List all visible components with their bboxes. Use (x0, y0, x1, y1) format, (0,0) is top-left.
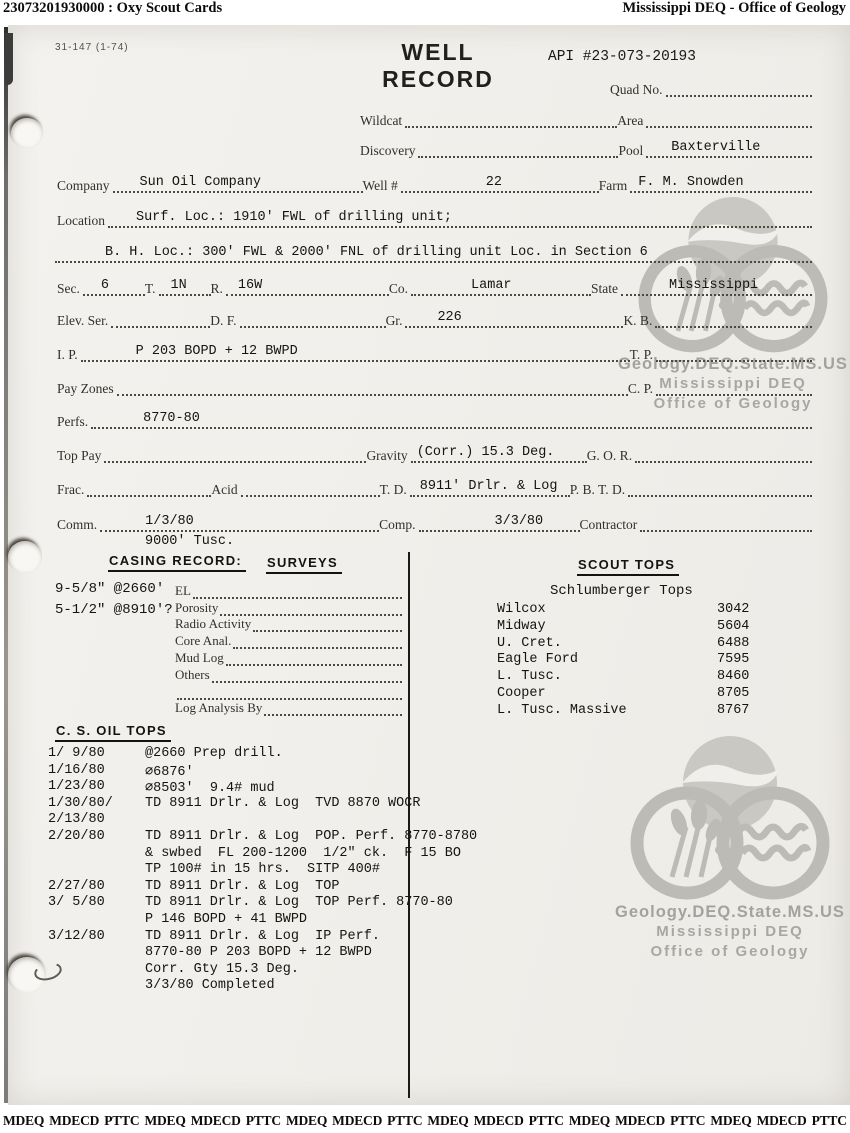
footer-token: PTTC (812, 1113, 847, 1129)
entry-line: TD 8911 Drlr. & Log TVD 8870 WOCR (145, 796, 608, 813)
well-value: 22 (486, 175, 502, 190)
casing-record-heading: CASING RECORD: (108, 553, 246, 572)
header-bar: 23073201930000 : Oxy Scout Cards Mississ… (0, 0, 850, 23)
entry-lines: TD 8911 Drlr. & Log TOP Perf. 8770-80P 1… (145, 895, 608, 928)
survey-label: Log Analysis By (175, 700, 264, 716)
field-ip-tp: I. P. P 203 BOPD + 12 BWPD T. P. (57, 342, 812, 362)
casing-entry: 9-5/8" @2660' (55, 581, 173, 602)
perfs-line: 8770-80 (91, 409, 812, 429)
footer-token: MDECD (615, 1113, 665, 1129)
survey-row (175, 683, 402, 700)
entry-date: 3/ 5/80 (48, 895, 145, 928)
td-label: T. D. (380, 482, 410, 498)
farm-value: F. M. Snowden (638, 175, 743, 190)
df-label: D. F. (210, 313, 239, 329)
scout-tops-heading: SCOUT TOPS (577, 557, 679, 576)
form-number: 31-147 (1-74) (55, 42, 129, 53)
wildcat-line (405, 108, 617, 128)
discovery-label: Discovery (360, 143, 418, 159)
entry-lines: ∅8503' 9.4# mud (145, 779, 608, 796)
survey-line (212, 681, 402, 683)
company-line: Sun Oil Company (113, 173, 363, 193)
hole-punch (11, 118, 43, 148)
oil-top-entry: 1/23/80 ∅8503' 9.4# mud (48, 779, 608, 796)
footer-token: MDECD (757, 1113, 807, 1129)
quad-no-label: Quad No. (610, 82, 666, 98)
oil-tops-heading: C. S. OIL TOPS (55, 723, 171, 742)
cp-label: C. P. (628, 381, 656, 397)
footer-token: MDECD (474, 1113, 524, 1129)
formation-name: U. Cret. (497, 636, 717, 653)
co-line: Lamar (411, 276, 591, 296)
well-line: 22 (401, 173, 599, 193)
bh-location-line: B. H. Loc.: 300' FWL & 2000' FNL of dril… (55, 243, 812, 263)
casing-record-list: 9-5/8" @2660'5-1/2" @8910'? (55, 581, 173, 623)
survey-row: Mud Log (175, 649, 402, 666)
scout-top-row: L. Tusc. 8460 (497, 669, 797, 686)
footer-token: MDECD (191, 1113, 241, 1129)
api-number: API #23-073-20193 (548, 49, 696, 65)
footer-token: PTTC (387, 1113, 422, 1129)
formation-name: Cooper (497, 686, 717, 703)
survey-row: EL (175, 582, 402, 599)
area-line (646, 108, 812, 128)
oil-top-entry: 1/16/80 ∅6876' (48, 763, 608, 780)
field-location: Location Surf. Loc.: 1910' FWL of drilli… (57, 208, 812, 228)
co-label: Co. (389, 281, 411, 297)
survey-line (226, 664, 402, 666)
comp-line: 3/3/80 (419, 512, 580, 532)
gravity-line: (Corr.) 15.3 Deg. (411, 443, 587, 463)
oil-top-entry: 3/ 5/80 TD 8911 Drlr. & Log TOP Perf. 87… (48, 895, 608, 928)
agency-name: Mississippi DEQ - Office of Geology (622, 0, 850, 17)
entry-date: 1/23/80 (48, 779, 145, 796)
entry-line: TP 100# in 15 hrs. SITP 400# (145, 862, 608, 879)
comm-label: Comm. (57, 517, 100, 533)
footer-bar: MDEQMDECDPTTCMDEQMDECDPTTCMDEQMDECDPTTCM… (0, 1109, 850, 1133)
entry-line: P 146 BOPD + 41 BWPD (145, 912, 608, 929)
formation-name: Wilcox (497, 602, 717, 619)
entry-date: 1/ 9/80 (48, 746, 145, 763)
kb-line (655, 308, 812, 328)
gr-line: 226 (405, 308, 623, 328)
pool-line: Baxterville (646, 138, 812, 158)
pbtd-label: P. B. T. D. (570, 482, 628, 498)
survey-label: Porosity (175, 600, 220, 616)
entry-line: & swbed FL 200-1200 1/2" ck. F 15 BO (145, 846, 608, 863)
elev-ser-line (111, 308, 210, 328)
formation-name: Eagle Ford (497, 652, 717, 669)
hole-punch (8, 541, 42, 573)
footer-token: MDEQ (144, 1113, 185, 1129)
entry-lines: TD 8911 Drlr. & Log POP. Perf. 8770-8780… (145, 829, 608, 879)
entry-date: 2/20/80 (48, 829, 145, 879)
document-id: 23073201930000 : Oxy Scout Cards (0, 0, 222, 17)
co-value: Lamar (471, 278, 512, 293)
footer-token: PTTC (670, 1113, 705, 1129)
r-value: 16W (238, 278, 262, 293)
survey-row: Radio Activity (175, 616, 402, 633)
pay-zones-label: Pay Zones (57, 381, 117, 397)
location-value: Surf. Loc.: 1910' FWL of drilling unit; (136, 210, 452, 225)
gravity-label: Gravity (366, 448, 410, 464)
footer-token: MDECD (49, 1113, 99, 1129)
formation-depth: 8705 (717, 686, 749, 703)
perfs-label: Perfs. (57, 414, 91, 430)
watermark-url: Geology.DEQ.State.MS.US (600, 902, 850, 922)
surveys-list: EL Porosity Radio Activity Core Anal. (175, 582, 402, 716)
r-label: R. (211, 281, 226, 297)
location-label: Location (57, 213, 108, 229)
page-title: WELL RECORD (348, 39, 528, 93)
formation-depth: 3042 (717, 602, 749, 619)
scout-top-row: L. Tusc. Massive 8767 (497, 703, 797, 720)
acid-line (241, 477, 380, 497)
farm-line: F. M. Snowden (630, 173, 812, 193)
entry-lines: TD 8911 Drlr. & Log TVD 8870 WOCR (145, 796, 608, 813)
top-pay-label: Top Pay (57, 448, 104, 464)
pool-label: Pool (618, 143, 646, 159)
t-value: 1N (171, 278, 187, 293)
formation-name: L. Tusc. (497, 669, 717, 686)
survey-line (253, 630, 402, 632)
surveys-heading: SURVEYS (266, 555, 342, 574)
entry-date: 2/13/80 (48, 812, 145, 829)
td-line: 8911' Drlr. & Log (410, 477, 570, 497)
comm-value-2: 9000' Tusc. (145, 534, 234, 549)
state-line: Mississippi (621, 276, 812, 296)
well-label: Well # (363, 178, 401, 194)
entry-line: TD 8911 Drlr. & Log TOP Perf. 8770-80 (145, 895, 608, 912)
scout-top-row: Wilcox 3042 (497, 602, 797, 619)
oil-tops-log: 1/ 9/80 @2660 Prep drill. 1/16/80 ∅6876'… (48, 746, 608, 995)
footer-token: PTTC (529, 1113, 564, 1129)
entry-lines: ∅6876' (145, 763, 608, 780)
comp-value: 3/3/80 (495, 514, 544, 529)
watermark-org: Mississippi DEQ (600, 922, 850, 942)
r-line: 16W (226, 276, 389, 296)
t-label: T. (145, 281, 159, 297)
contractor-label: Contractor (580, 517, 641, 533)
survey-label: Others (175, 667, 212, 683)
tp-label: T. P. (630, 347, 656, 363)
scout-top-row: U. Cret. 6488 (497, 636, 797, 653)
formation-depth: 7595 (717, 652, 749, 669)
formation-name: Midway (497, 619, 717, 636)
field-discovery-pool: Discovery Pool Baxterville (360, 138, 812, 158)
t-line: 1N (159, 276, 211, 296)
formation-depth: 8460 (717, 669, 749, 686)
entry-lines: TD 8911 Drlr. & Log IP Perf.8770-80 P 20… (145, 929, 608, 995)
deq-logo-icon (630, 730, 830, 902)
state-label: State (591, 281, 621, 297)
entry-line: 3/3/80 Completed (145, 978, 608, 995)
sec-label: Sec. (57, 281, 83, 297)
gravity-value: (Corr.) 15.3 Deg. (417, 445, 555, 460)
location-line: Surf. Loc.: 1910' FWL of drilling unit; (108, 208, 812, 228)
entry-lines (145, 812, 608, 829)
entry-line: TD 8911 Drlr. & Log IP Perf. (145, 929, 608, 946)
entry-line: ∅6876' (145, 763, 608, 780)
entry-lines: TD 8911 Drlr. & Log TOP (145, 879, 608, 896)
survey-row: Others (175, 666, 402, 683)
field-comm-comp-contractor: Comm. 1/3/80 Comp. 3/3/80 Contractor (57, 512, 812, 532)
survey-line (220, 614, 402, 616)
oil-top-entry: 1/ 9/80 @2660 Prep drill. (48, 746, 608, 763)
ip-line: P 203 BOPD + 12 BWPD (81, 342, 630, 362)
formation-depth: 6488 (717, 636, 749, 653)
formation-depth: 8767 (717, 703, 749, 720)
field-elev-df-gr-kb: Elev. Ser. D. F. Gr. 226 K. B. (57, 308, 812, 328)
field-payzones-cp: Pay Zones C. P. (57, 376, 812, 396)
survey-line (233, 647, 402, 649)
tp-line (656, 342, 812, 362)
state-value: Mississippi (669, 278, 758, 293)
top-pay-line (104, 443, 366, 463)
field-sec-t-r-co-state: Sec. 6 T. 1N R. 16W Co. Lamar State Miss… (57, 276, 812, 296)
acid-label: Acid (211, 482, 240, 498)
gr-value: 226 (437, 310, 461, 325)
df-line (240, 308, 386, 328)
survey-label: Mud Log (175, 650, 226, 666)
survey-row: Core Anal. (175, 632, 402, 649)
ip-label: I. P. (57, 347, 81, 363)
comp-label: Comp. (379, 517, 418, 533)
entry-date: 1/16/80 (48, 763, 145, 780)
survey-label: Core Anal. (175, 633, 233, 649)
survey-line (193, 597, 402, 599)
entry-line: TD 8911 Drlr. & Log TOP (145, 879, 608, 896)
ip-value: P 203 BOPD + 12 BWPD (136, 344, 298, 359)
comm-line: 1/3/80 (100, 512, 379, 532)
company-label: Company (57, 178, 113, 194)
survey-label: Radio Activity (175, 616, 253, 632)
contractor-line (640, 512, 812, 532)
entry-date: 3/12/80 (48, 929, 145, 995)
survey-row: Porosity (175, 599, 402, 616)
entry-lines: @2660 Prep drill. (145, 746, 608, 763)
watermark: Geology.DEQ.State.MS.US Mississippi DEQ … (600, 730, 850, 962)
entry-line: Corr. Gty 15.3 Deg. (145, 962, 608, 979)
entry-line: 8770-80 P 203 BOPD + 12 BWPD (145, 945, 608, 962)
footer-token: MDEQ (710, 1113, 751, 1129)
scan-edge (4, 27, 8, 1103)
td-value: 8911' Drlr. & Log (420, 479, 558, 494)
paper-scan: Geology.DEQ.State.MS.US Mississippi DEQ … (8, 25, 850, 1105)
survey-label: EL (175, 583, 193, 599)
survey-line (264, 714, 402, 716)
scout-tops-table: Wilcox 3042 Midway 5604 U. Cret. 6488 Ea… (497, 602, 797, 720)
field-wildcat-area: Wildcat Area (360, 108, 812, 128)
footer-token: MDEQ (3, 1113, 44, 1129)
oil-top-entry: 2/27/80 TD 8911 Drlr. & Log TOP (48, 879, 608, 896)
entry-line: @2660 Prep drill. (145, 746, 608, 763)
scanned-well-record-page: 23073201930000 : Oxy Scout Cards Mississ… (0, 0, 850, 1133)
comm-value: 1/3/80 (145, 514, 194, 529)
casing-entry: 5-1/2" @8910'? (55, 602, 173, 623)
field-bh-location: B. H. Loc.: 300' FWL & 2000' FNL of dril… (55, 243, 812, 263)
footer-token: MDEQ (569, 1113, 610, 1129)
entry-date: 1/30/80/ (48, 796, 145, 813)
wildcat-label: Wildcat (360, 113, 405, 129)
perfs-value: 8770-80 (143, 411, 200, 426)
footer-token: MDEQ (286, 1113, 327, 1129)
footer-token: PTTC (104, 1113, 139, 1129)
cp-line (656, 376, 812, 396)
bh-location-value: B. H. Loc.: 300' FWL & 2000' FNL of dril… (105, 245, 648, 260)
entry-line: TD 8911 Drlr. & Log POP. Perf. 8770-8780 (145, 829, 608, 846)
oil-top-entry: 1/30/80/ TD 8911 Drlr. & Log TVD 8870 WO… (48, 796, 608, 813)
quad-no-line (666, 77, 813, 97)
footer-token: PTTC (246, 1113, 281, 1129)
scout-top-row: Midway 5604 (497, 619, 797, 636)
formation-name: L. Tusc. Massive (497, 703, 717, 720)
scan-tear-mark (5, 33, 13, 85)
oil-top-entry: 2/13/80 (48, 812, 608, 829)
watermark-office: Office of Geology (600, 942, 850, 962)
scout-tops-subheading: Schlumberger Tops (550, 583, 693, 599)
company-value: Sun Oil Company (140, 175, 262, 190)
frac-line (87, 477, 211, 497)
sec-value: 6 (101, 278, 109, 293)
field-quad-no: Quad No. (610, 77, 812, 97)
oil-top-entry: 3/12/80 TD 8911 Drlr. & Log IP Perf.8770… (48, 929, 608, 995)
gor-label: G. O. R. (587, 448, 635, 464)
gor-line (635, 443, 812, 463)
sec-line: 6 (83, 276, 145, 296)
survey-line (177, 698, 402, 700)
frac-label: Frac. (57, 482, 87, 498)
survey-row: Log Analysis By (175, 700, 402, 717)
area-label: Area (617, 113, 646, 129)
scout-top-row: Cooper 8705 (497, 686, 797, 703)
gr-label: Gr. (386, 313, 406, 329)
formation-depth: 5604 (717, 619, 749, 636)
farm-label: Farm (599, 178, 631, 194)
scout-top-row: Eagle Ford 7595 (497, 652, 797, 669)
field-frac-acid-td-pbtd: Frac. Acid T. D. 8911' Drlr. & Log P. B.… (57, 477, 812, 497)
field-perfs: Perfs. 8770-80 (57, 409, 812, 429)
footer-token: MDEQ (427, 1113, 468, 1129)
pbtd-line (628, 477, 812, 497)
field-company-well-farm: Company Sun Oil Company Well # 22 Farm F… (57, 173, 812, 193)
elev-ser-label: Elev. Ser. (57, 313, 111, 329)
oil-top-entry: 2/20/80 TD 8911 Drlr. & Log POP. Perf. 8… (48, 829, 608, 879)
kb-label: K. B. (623, 313, 655, 329)
pool-value: Baxterville (671, 140, 760, 155)
pay-zones-line (117, 376, 628, 396)
discovery-line (418, 138, 618, 158)
footer-token: MDECD (332, 1113, 382, 1129)
entry-date: 2/27/80 (48, 879, 145, 896)
field-toppay-gravity-gor: Top Pay Gravity (Corr.) 15.3 Deg. G. O. … (57, 443, 812, 463)
entry-line: ∅8503' 9.4# mud (145, 779, 608, 796)
